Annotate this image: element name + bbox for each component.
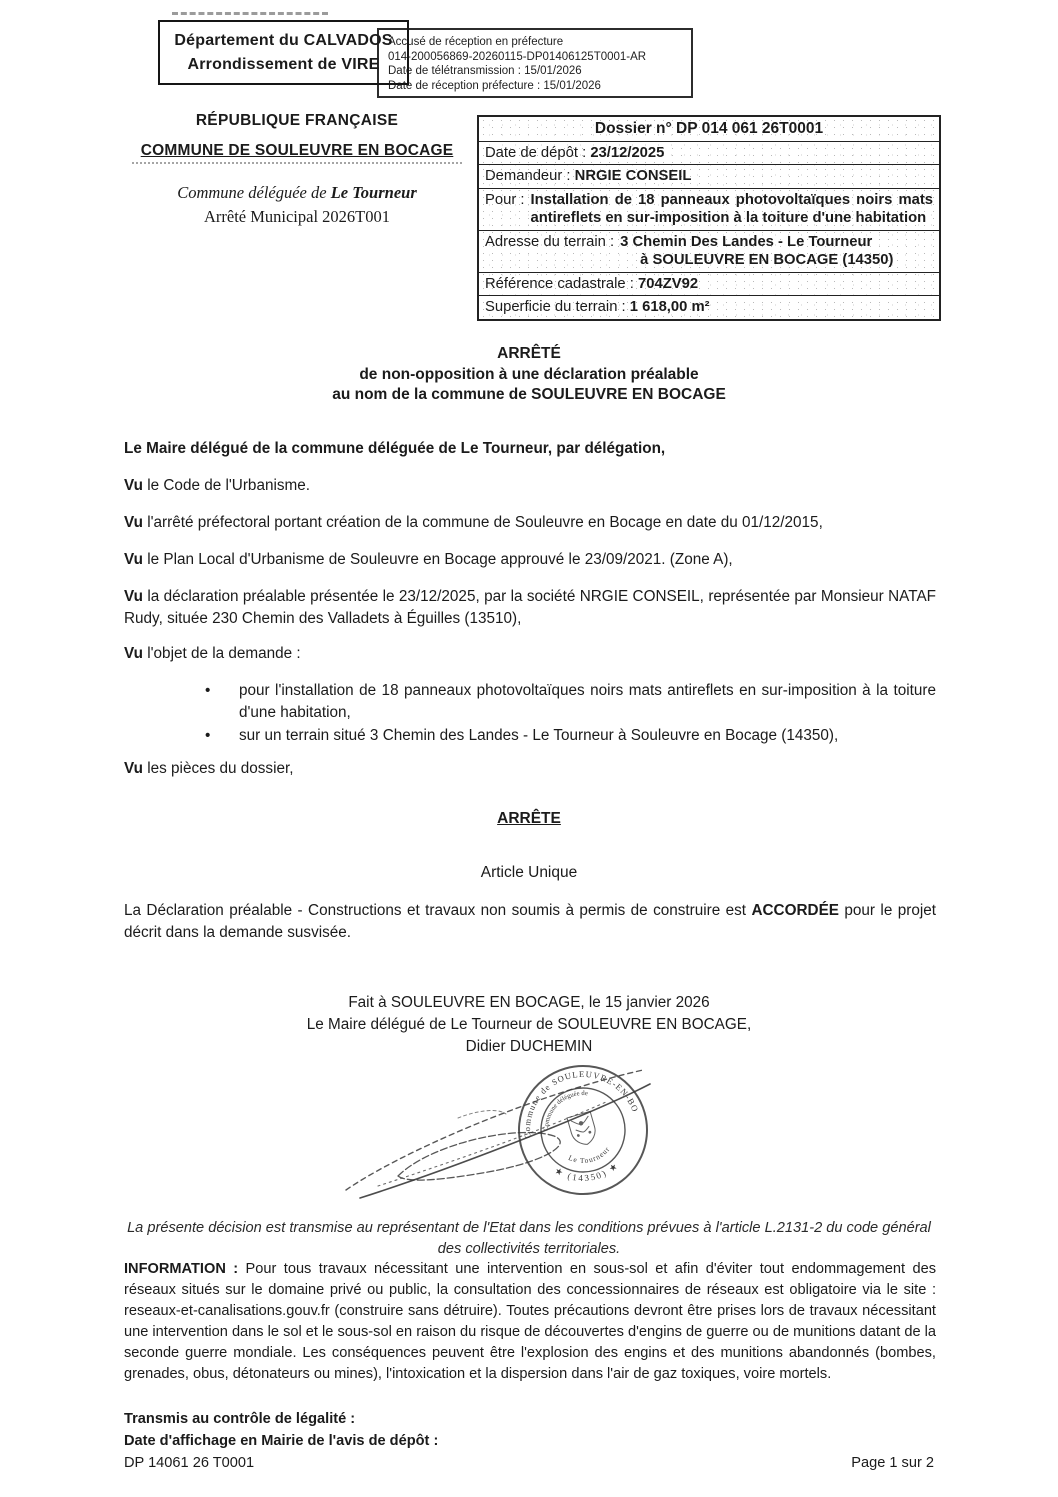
vu-paragraph: Vu la déclaration préalable présentée le… [124,586,936,630]
republique-title: RÉPUBLIQUE FRANÇAISE [122,112,472,130]
dossier-table: Dossier n° DP 014 061 26T0001 Date de dé… [477,115,941,321]
document-page: Accusé de réception en préfecture 014-20… [0,0,1058,1497]
document-title: ARRÊTÉ de non-opposition à une déclarati… [124,344,934,406]
vu-paragraph: Vu l'objet de la demande : [124,643,936,665]
commune-title: COMMUNE DE SOULEUVRE EN BOCAGE [122,142,472,160]
footer-affichage-line: Date d'affichage en Mairie de l'avis de … [124,1433,934,1449]
vu-paragraph: Vu le Plan Local d'Urbanisme de Souleuvr… [124,549,936,571]
bullet-item: • sur un terrain situé 3 Chemin des Land… [205,725,936,747]
row-label: Demandeur : [485,168,571,184]
row-label: Adresse du terrain : [485,233,614,270]
transmission-note-line1: La présente décision est transmise au re… [124,1218,934,1239]
row-label: Superficie du terrain : [485,299,626,315]
signature-stamp-graphic: Commune de SOULEUVRE-EN-BOCAGE ★ (14350)… [338,1058,660,1204]
row-value: NRGIE CONSEIL [575,168,692,184]
bullet-text: pour l'installation de 18 panneaux photo… [239,680,936,724]
bullet-icon: • [205,680,239,724]
commune-deleguee-name: Le Tourneur [331,183,417,202]
information-paragraph: INFORMATION : Pour tous travaux nécessit… [124,1259,936,1385]
row-label: Pour : [485,191,524,228]
maire-signature-line: Le Maire délégué de Le Tourneur de SOULE… [124,1014,934,1036]
handwritten-signature [346,1070,650,1198]
information-label: INFORMATION : [124,1261,238,1277]
table-row-date-depot: Date de dépôt : 23/12/2025 [479,141,939,165]
signature-block: Fait à SOULEUVRE EN BOCAGE, le 15 janvie… [124,992,934,1058]
title-line3: au nom de la commune de SOULEUVRE EN BOC… [124,385,934,406]
vu-prefix: Vu [124,645,143,662]
table-row-adresse: Adresse du terrain : 3 Chemin Des Landes… [479,230,939,272]
arrete-heading: ARRÊTE [124,810,934,828]
vu-prefix: Vu [124,588,143,605]
vu-prefix: Vu [124,551,143,568]
article-decision: ACCORDÉE [751,902,839,919]
table-row-superficie: Superficie du terrain : 1 618,00 m² [479,295,939,319]
row-value: Installation de 18 panneaux photovoltaïq… [530,191,933,228]
vu-text: le Plan Local d'Urbanisme de Souleuvre e… [143,551,733,568]
signature-and-stamp: Commune de SOULEUVRE-EN-BOCAGE ★ (14350)… [338,1058,660,1204]
ar-line: 014-200056869-20260115-DP01406125T0001-A… [388,50,691,65]
scan-artifact [172,12,328,15]
commune-deleguee-prefix: Commune déléguée de [177,183,331,202]
vu-text: le Code de l'Urbanisme. [143,477,310,494]
maire-paragraph: Le Maire délégué de la commune déléguée … [124,438,936,460]
transmission-note-line2: des collectivités territoriales. [124,1239,934,1260]
vu-prefix: Vu [124,760,143,777]
adresse-line1: 3 Chemin Des Landes - Le Tourneur [620,233,893,252]
row-label: Référence cadastrale : [485,276,634,292]
departement-box: Département du CALVADOS Arrondissement d… [158,20,409,85]
pieces-paragraph: Vu les pièces du dossier, [124,758,936,780]
row-label: Date de dépôt : [485,145,586,161]
republique-block: RÉPUBLIQUE FRANÇAISE COMMUNE DE SOULEUVR… [122,112,472,227]
table-row-pour: Pour : Installation de 18 panneaux photo… [479,188,939,230]
transmission-note: La présente décision est transmise au re… [124,1218,934,1260]
title-line1: ARRÊTÉ [124,344,934,365]
vu-text: l'objet de la demande : [143,645,301,662]
accuse-reception-box: Accusé de réception en préfecture 014-20… [377,28,693,98]
bullet-item: • pour l'installation de 18 panneaux pho… [205,680,936,724]
vu-prefix: Vu [124,477,143,494]
commune-deleguee-line: Commune déléguée de Le Tourneur [122,183,472,203]
signatory-name: Didier DUCHEMIN [124,1036,934,1058]
ar-line: Date de réception préfecture : 15/01/202… [388,79,691,94]
dossier-number: Dossier n° DP 014 061 26T0001 [479,117,939,141]
vu-prefix: Vu [124,514,143,531]
bullet-text: sur un terrain situé 3 Chemin des Landes… [239,725,936,747]
row-value: 1 618,00 m² [630,299,710,315]
footer-row: DP 14061 26 T0001 Page 1 sur 2 [124,1455,934,1471]
footer-dossier-ref: DP 14061 26 T0001 [124,1455,254,1471]
arrondissement-line: Arrondissement de VIRE [160,53,407,77]
stamp-coat-of-arms [567,1111,599,1147]
article-text-pre: La Déclaration préalable - Constructions… [124,902,751,919]
table-row-demandeur: Demandeur : NRGIE CONSEIL [479,164,939,188]
vu-text: la déclaration préalable présentée le 23… [124,588,936,627]
bullet-icon: • [205,725,239,747]
table-row-reference: Référence cadastrale : 704ZV92 [479,272,939,296]
departement-line: Département du CALVADOS [160,29,407,53]
article-paragraph: La Déclaration préalable - Constructions… [124,900,936,944]
article-heading: Article Unique [124,864,934,882]
ar-line: Accusé de réception en préfecture [388,35,691,50]
vu-paragraph: Vu le Code de l'Urbanisme. [124,475,936,497]
arrete-municipal-line: Arrêté Municipal 2026T001 [122,207,472,227]
vu-text: l'arrêté préfectoral portant création de… [143,514,823,531]
row-value: 3 Chemin Des Landes - Le Tourneur à SOUL… [620,233,893,270]
fait-line: Fait à SOULEUVRE EN BOCAGE, le 15 janvie… [124,992,934,1014]
official-stamp: Commune de SOULEUVRE-EN-BOCAGE ★ (14350)… [338,1058,660,1204]
title-line2: de non-opposition à une déclaration préa… [124,365,934,386]
adresse-line2: à SOULEUVRE EN BOCAGE (14350) [620,251,893,270]
scan-artifact [132,162,462,164]
row-value: 23/12/2025 [590,145,664,161]
vu-text: les pièces du dossier, [143,760,294,777]
vu-paragraph: Vu l'arrêté préfectoral portant création… [124,512,936,534]
page-indicator: Page 1 sur 2 [851,1455,934,1471]
row-value: 704ZV92 [638,276,698,292]
ar-line: Date de télétransmission : 15/01/2026 [388,64,691,79]
stamp-bottom-text: ★ (14350) ★ [551,1149,623,1193]
information-text: Pour tous travaux nécessitant une interv… [124,1261,936,1382]
footer-transmis-line: Transmis au contrôle de légalité : [124,1411,934,1427]
